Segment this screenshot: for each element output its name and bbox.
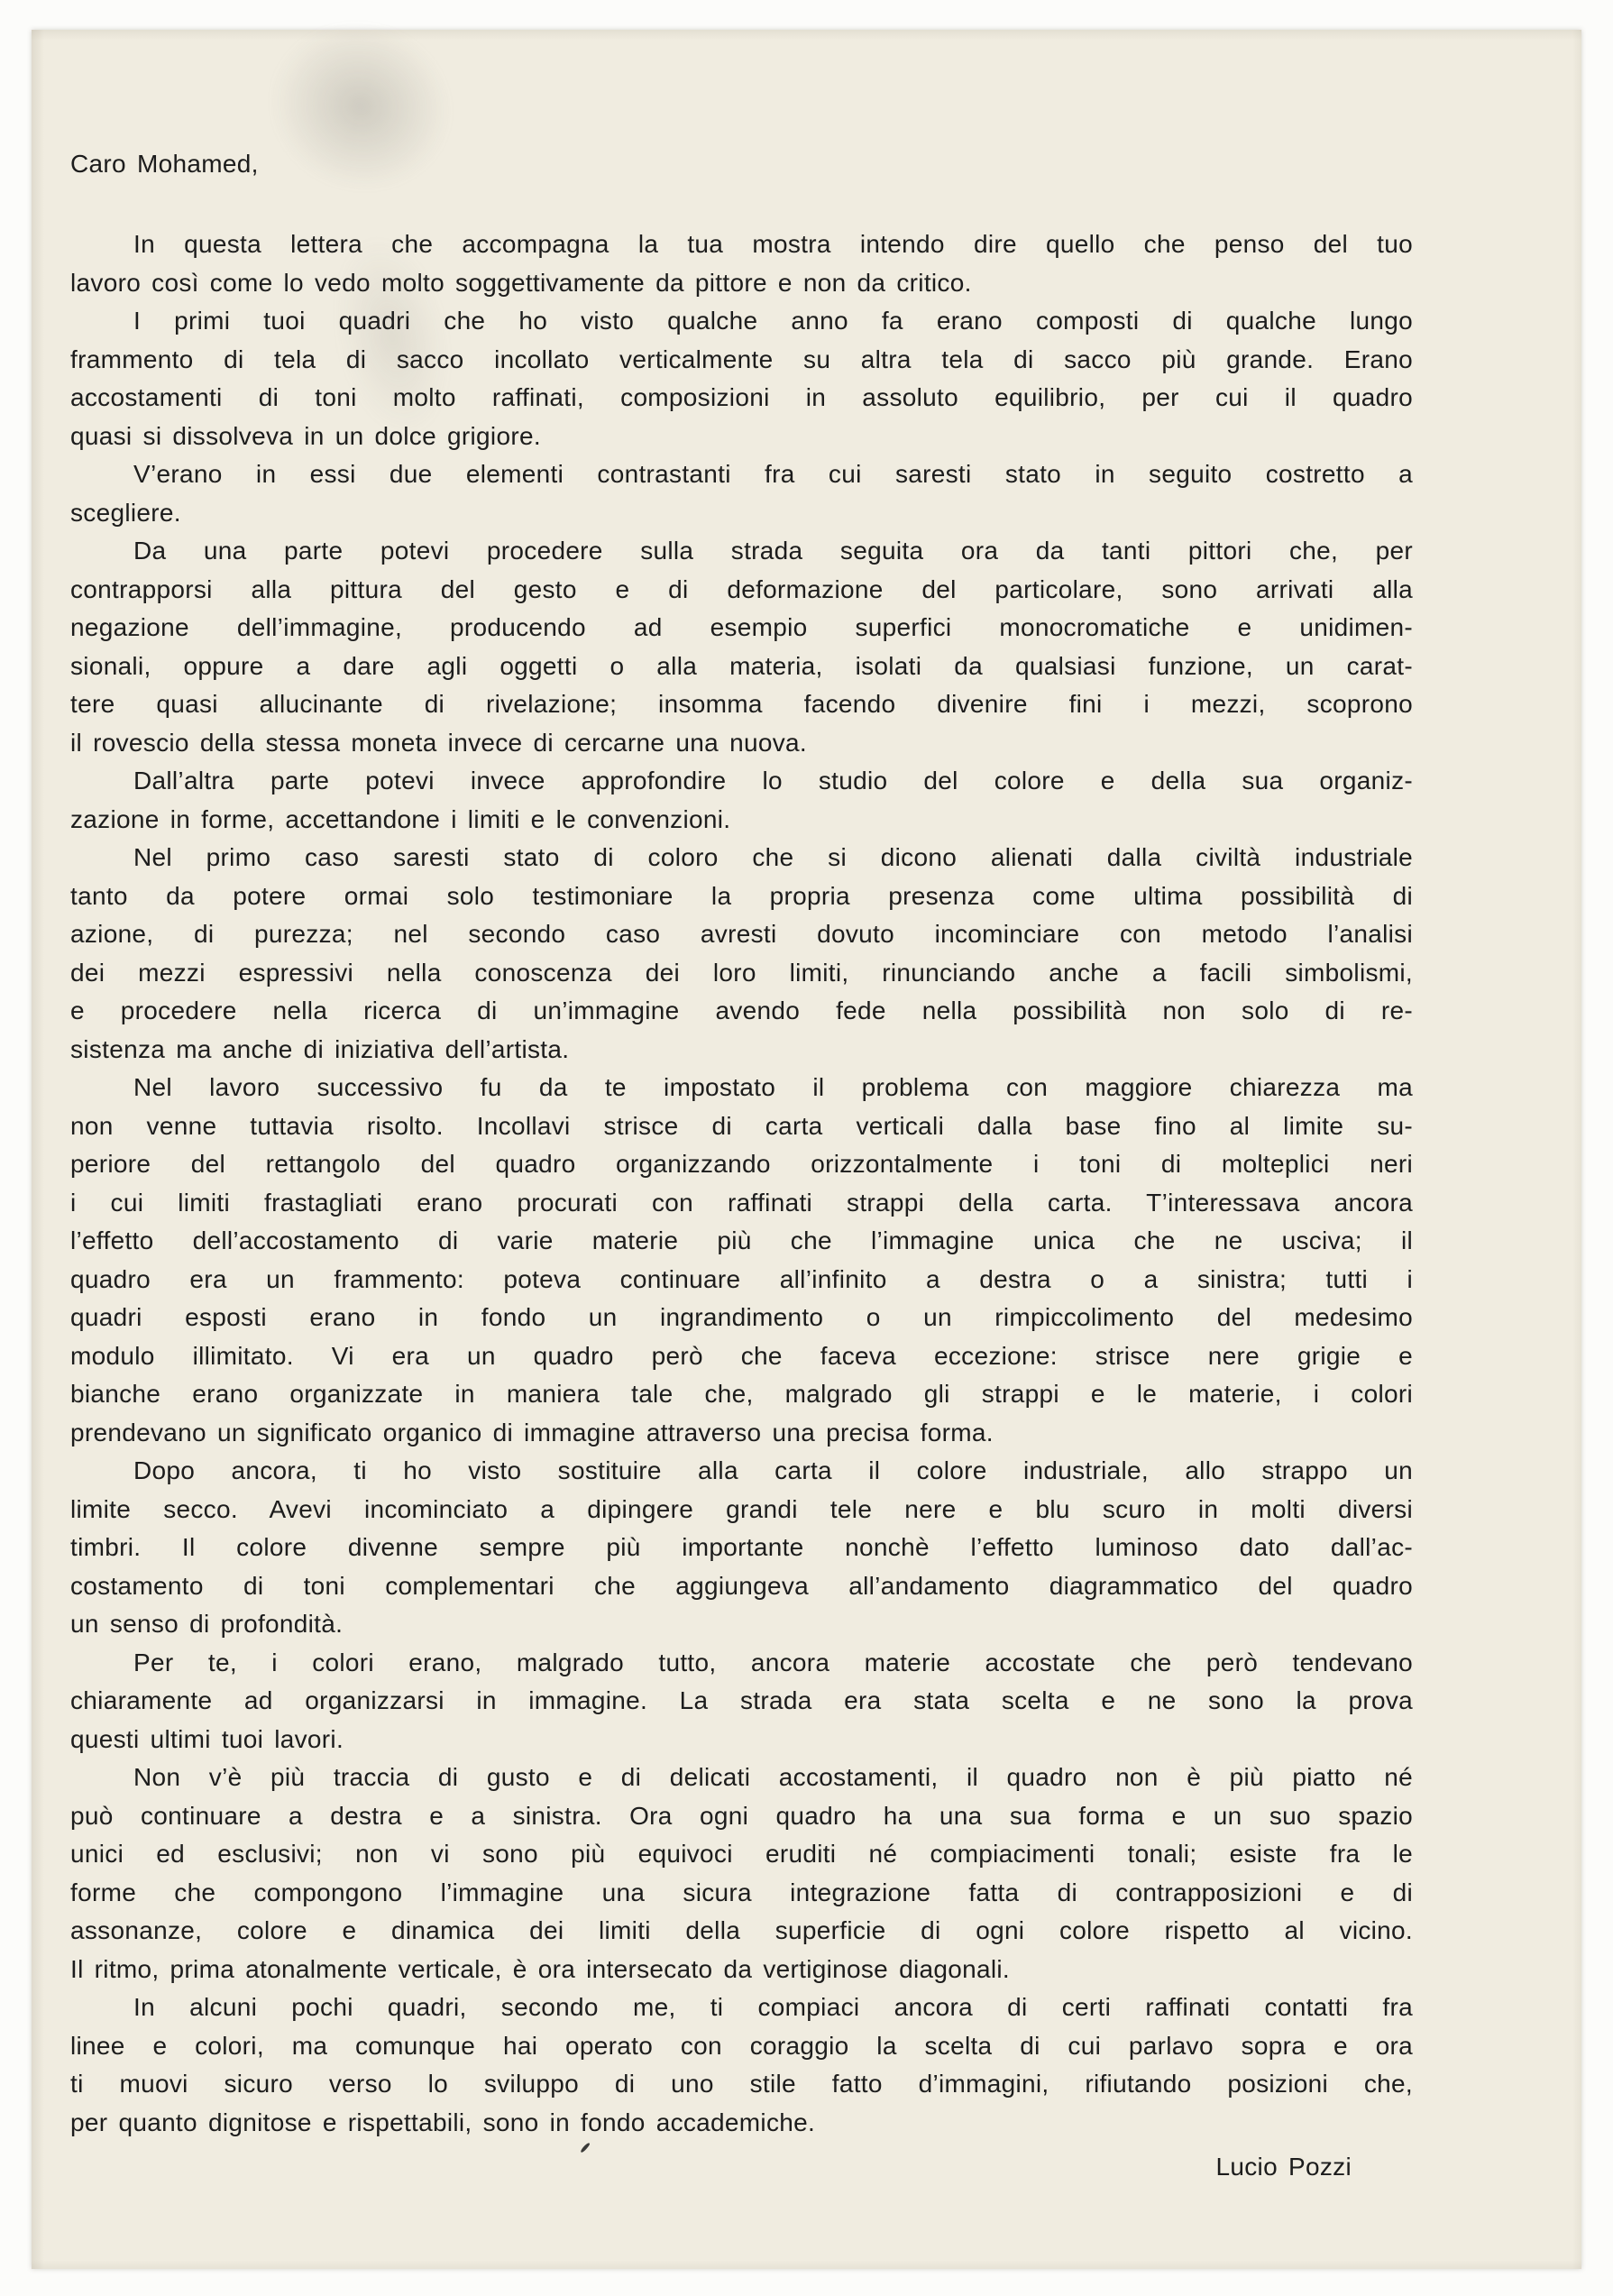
text-line: ti muovi sicuro verso lo sviluppo di uno… <box>70 2065 1413 2104</box>
text-line: In questa lettera che accompagna la tua … <box>70 225 1413 264</box>
text-line: Dall’altra parte potevi invece approfond… <box>70 762 1413 801</box>
paragraph: Da una parte potevi procedere sulla stra… <box>70 532 1413 762</box>
paragraph: Nel lavoro successivo fu da te impostato… <box>70 1069 1413 1452</box>
text-line: i cui limiti frastagliati erano procurat… <box>70 1184 1413 1223</box>
paragraph: Dall’altra parte potevi invece approfond… <box>70 762 1413 839</box>
paragraph: Dopo ancora, ti ho visto sostituire alla… <box>70 1452 1413 1644</box>
paragraph: V’erano in essi due elementi contrastant… <box>70 455 1413 532</box>
text-line: modulo illimitato. Vi era un quadro però… <box>70 1337 1413 1376</box>
text-line: unici ed esclusivi; non vi sono più equi… <box>70 1835 1413 1874</box>
text-line: bianche erano organizzate in maniera tal… <box>70 1375 1413 1414</box>
text-line: In alcuni pochi quadri, secondo me, ti c… <box>70 1988 1413 2027</box>
text-line: Il ritmo, prima atonalmente verticale, è… <box>70 1951 1413 1989</box>
text-line: azione, di purezza; nel secondo caso avr… <box>70 915 1413 954</box>
text-line: accostamenti di toni molto raffinati, co… <box>70 379 1413 418</box>
text-line: frammento di tela di sacco incollato ver… <box>70 341 1413 380</box>
scanned-letter-page: Caro Mohamed, In questa lettera che acco… <box>32 30 1581 2269</box>
text-line: linee e colori, ma comunque hai operato … <box>70 2027 1413 2066</box>
text-line: Non v’è più traccia di gusto e di delica… <box>70 1759 1413 1797</box>
salutation: Caro Mohamed, <box>70 144 1413 183</box>
text-line: I primi tuoi quadri che ho visto qualche… <box>70 302 1413 341</box>
text-line: negazione dell’immagine, producendo ad e… <box>70 609 1413 647</box>
paragraph: I primi tuoi quadri che ho visto qualche… <box>70 302 1413 455</box>
text-line: tanto da potere ormai solo testimoniare … <box>70 877 1413 916</box>
text-line: dei mezzi espressivi nella conoscenza de… <box>70 954 1413 993</box>
text-line: contrapporsi alla pittura del gesto e di… <box>70 571 1413 610</box>
text-line: Per te, i colori erano, malgrado tutto, … <box>70 1644 1413 1683</box>
text-line: quasi si dissolveva in un dolce grigiore… <box>70 418 1413 456</box>
text-line: Nel lavoro successivo fu da te impostato… <box>70 1069 1413 1107</box>
text-line: zazione in forme, accettandone i limiti … <box>70 801 1413 840</box>
paragraph: Non v’è più traccia di gusto e di delica… <box>70 1759 1413 1988</box>
paragraph: In questa lettera che accompagna la tua … <box>70 225 1413 302</box>
paragraph: In alcuni pochi quadri, secondo me, ti c… <box>70 1988 1413 2142</box>
text-line: timbri. Il colore divenne sempre più imp… <box>70 1529 1413 1567</box>
text-line: questi ultimi tuoi lavori. <box>70 1721 1413 1759</box>
letter-body: In questa lettera che accompagna la tua … <box>70 225 1413 2142</box>
text-line: il rovescio della stessa moneta invece d… <box>70 724 1413 763</box>
text-line: Da una parte potevi procedere sulla stra… <box>70 532 1413 571</box>
text-line: non venne tuttavia risolto. Incollavi st… <box>70 1107 1413 1146</box>
text-line: Nel primo caso saresti stato di coloro c… <box>70 839 1413 877</box>
text-line: chiaramente ad organizzarsi in immagine.… <box>70 1682 1413 1721</box>
text-line: limite secco. Avevi incominciato a dipin… <box>70 1491 1413 1529</box>
text-line: sionali, oppure a dare agli oggetti o al… <box>70 647 1413 686</box>
letter-text: Caro Mohamed, In questa lettera che acco… <box>70 144 1413 2186</box>
text-line: periore del rettangolo del quadro organi… <box>70 1145 1413 1184</box>
text-line: tere quasi allucinante di rivelazione; i… <box>70 685 1413 724</box>
text-line: sistenza ma anche di iniziativa dell’art… <box>70 1031 1413 1070</box>
text-line: assonanze, colore e dinamica dei limiti … <box>70 1912 1413 1951</box>
text-line: V’erano in essi due elementi contrastant… <box>70 455 1413 494</box>
text-line: può continuare a destra e a sinistra. Or… <box>70 1797 1413 1836</box>
text-line: scegliere. <box>70 494 1413 533</box>
text-line: lavoro così come lo vedo molto soggettiv… <box>70 264 1413 303</box>
signature: Lucio Pozzi <box>70 2147 1413 2186</box>
text-line: costamento di toni complementari che agg… <box>70 1567 1413 1606</box>
text-line: l’effetto dell’accostamento di varie mat… <box>70 1222 1413 1261</box>
text-line: un senso di profondità. <box>70 1605 1413 1644</box>
text-line: per quanto dignitose e rispettabili, son… <box>70 2104 1413 2143</box>
paragraph: Per te, i colori erano, malgrado tutto, … <box>70 1644 1413 1759</box>
text-line: Dopo ancora, ti ho visto sostituire alla… <box>70 1452 1413 1491</box>
text-line: quadro era un frammento: poteva continua… <box>70 1261 1413 1300</box>
text-line: quadri esposti erano in fondo un ingrand… <box>70 1299 1413 1337</box>
text-line: prendevano un significato organico di im… <box>70 1414 1413 1453</box>
text-line: e procedere nella ricerca di un’immagine… <box>70 992 1413 1031</box>
paragraph: Nel primo caso saresti stato di coloro c… <box>70 839 1413 1069</box>
text-line: forme che compongono l’immagine una sicu… <box>70 1874 1413 1913</box>
